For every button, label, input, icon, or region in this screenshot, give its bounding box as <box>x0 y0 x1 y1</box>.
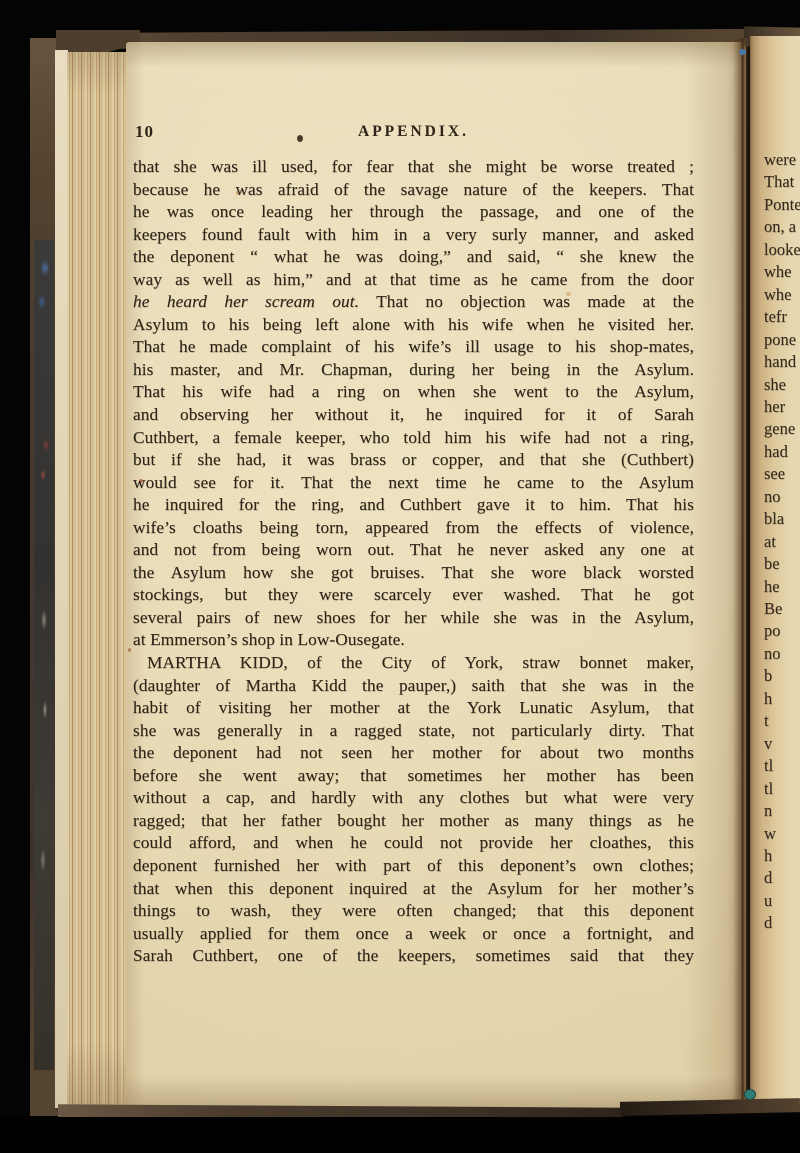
facing-page-line-fragment: tl <box>764 779 773 799</box>
body-line: things to wash, they were often changed;… <box>133 900 694 923</box>
facing-page-line-fragment: Be <box>764 599 782 619</box>
facing-page-line-fragment: That <box>764 172 794 192</box>
body-line: that when this deponent inquired at the … <box>133 878 694 901</box>
facing-page-line-fragment: no <box>764 487 781 507</box>
facing-page-line-fragment: t <box>764 711 769 731</box>
facing-page-line-fragment: whe <box>764 262 792 282</box>
body-line: habit of visiting her mother at the York… <box>133 697 694 720</box>
book-photo: wereThatPonteon, alookewhewhetefrponehan… <box>0 0 800 1153</box>
facing-page-line-fragment: w <box>764 824 776 844</box>
gutter-top-speck <box>739 49 746 55</box>
facing-page-line-fragment: n <box>764 801 772 821</box>
body-line: Cuthbert, a female keeper, who told him … <box>133 427 694 450</box>
body-line: he heard her scream out. That no objecti… <box>133 291 694 314</box>
body-line: because he was afraid of the savage natu… <box>133 179 694 202</box>
body-line: the deponent had not seen her mother for… <box>133 742 694 765</box>
body-line: the Asylum how she got bruises. That she… <box>133 562 694 585</box>
facing-page-line-fragment: h <box>764 689 772 709</box>
facing-page-edge: wereThatPonteon, alookewhewhetefrponehan… <box>750 36 800 1106</box>
marbled-cover-strip <box>34 240 54 1070</box>
facing-page-line-fragment: hand <box>764 352 796 372</box>
body-line: at Emmerson’s shop in Low-Ousegate. <box>133 629 694 652</box>
facing-page-line-fragment: be <box>764 554 780 574</box>
body-line-segment: That no objection was made at the <box>376 292 694 311</box>
body-line: but if she had, it was brass or copper, … <box>133 449 694 472</box>
running-head: 10 APPENDIX. <box>133 122 694 144</box>
facing-page-line-fragment: whe <box>764 285 792 305</box>
page-stack-fore-edge <box>67 52 128 1106</box>
body-line: he was once leading her through the pass… <box>133 201 694 224</box>
facing-page-line-fragment: her <box>764 397 785 417</box>
facing-page-line-fragment: u <box>764 891 772 911</box>
body-line: could afford, and when he could not prov… <box>133 832 694 855</box>
background-shadow <box>0 1117 800 1153</box>
facing-page-line-fragment: looke <box>764 240 800 260</box>
facing-page-line-fragment: see <box>764 464 785 484</box>
body-line: before she went away; that sometimes her… <box>133 765 694 788</box>
body-text: that she was ill used, for fear that she… <box>133 156 694 968</box>
body-line: That his wife had a ring on when she wen… <box>133 381 694 404</box>
page-header-title: APPENDIX. <box>133 123 694 141</box>
body-line: That he made complaint of his wife’s ill… <box>133 336 694 359</box>
body-line: keepers found fault with him in a very s… <box>133 224 694 247</box>
body-line: Sarah Cuthbert, one of the keepers, some… <box>133 945 694 968</box>
facing-page-line-fragment: bla <box>764 509 784 529</box>
facing-page-line-fragment: tefr <box>764 307 787 327</box>
body-line: the deponent “ what he was doing,” and s… <box>133 246 694 269</box>
body-line: and observing her without it, he inquire… <box>133 404 694 427</box>
facing-page-line-fragment: b <box>764 666 772 686</box>
body-line: he inquired for the ring, and Cuthbert g… <box>133 494 694 517</box>
body-line: Asylum to his being left alone with his … <box>133 314 694 337</box>
facing-page-line-fragment: gene <box>764 419 795 439</box>
facing-page-line-fragment: po <box>764 621 781 641</box>
book-bottom-edge-right <box>620 1098 800 1116</box>
facing-page-line-fragment: tl <box>764 756 773 776</box>
facing-page-line-fragment: on, a <box>764 217 796 237</box>
facing-page-line-fragment: v <box>764 734 772 754</box>
facing-page-line-fragment: at <box>764 532 776 552</box>
gutter-bottom-speck <box>745 1090 755 1099</box>
body-line: several pairs of new shoes for her while… <box>133 607 694 630</box>
body-line: MARTHA KIDD, of the City of York, straw … <box>133 652 694 675</box>
body-line: without a cap, and hardly with any cloth… <box>133 787 694 810</box>
body-line: would see for it. That the next time he … <box>133 472 694 495</box>
body-line: stockings, but they were scarcely ever w… <box>133 584 694 607</box>
body-line: that she was ill used, for fear that she… <box>133 156 694 179</box>
facing-page-line-fragment: Ponte <box>764 195 800 215</box>
facing-page-line-fragment: pone <box>764 330 796 350</box>
italic-phrase: he heard her scream out. <box>133 292 359 311</box>
facing-page-line-fragment: had <box>764 442 788 462</box>
facing-page-line-fragment: she <box>764 375 786 395</box>
foxing-speck <box>128 648 131 652</box>
body-line: she was generally in a ragged state, not… <box>133 720 694 743</box>
body-line: and not from being worn out. That he nev… <box>133 539 694 562</box>
body-line: ragged; that her father bought her mothe… <box>133 810 694 833</box>
facing-page-line-fragment: h <box>764 846 772 866</box>
facing-page-line-fragment: d <box>764 913 772 933</box>
printed-page-content: 10 APPENDIX. that she was ill used, for … <box>133 122 694 968</box>
book-gutter <box>733 38 751 1108</box>
body-line: (daughter of Martha Kidd the pauper,) sa… <box>133 675 694 698</box>
body-line: usually applied for them once a week or … <box>133 923 694 946</box>
body-line: deponent furnished her with part of this… <box>133 855 694 878</box>
body-line: wife’s cloaths being torn, appeared from… <box>133 517 694 540</box>
body-line: his master, and Mr. Chapman, during her … <box>133 359 694 382</box>
facing-page-line-fragment: d <box>764 868 772 888</box>
facing-page-line-fragment: were <box>764 150 796 170</box>
facing-page-line-fragment: no <box>764 644 781 664</box>
body-line: way as well as him,” and at that time as… <box>133 269 694 292</box>
facing-page-line-fragment: he <box>764 577 780 597</box>
